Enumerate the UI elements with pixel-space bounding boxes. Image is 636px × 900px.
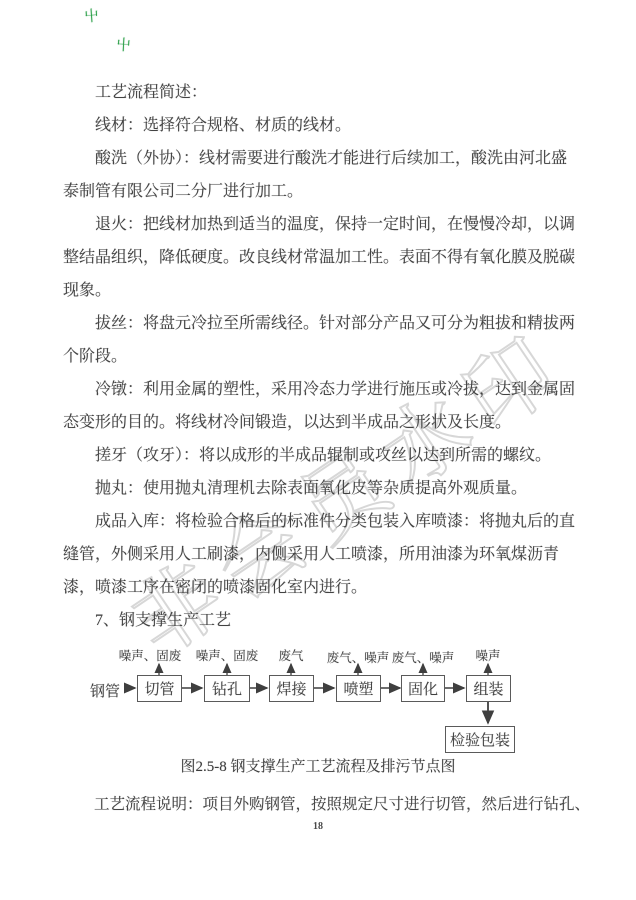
section-heading-steel-support: 7、钢支撑生产工艺 <box>63 604 575 637</box>
flow-step-drilling: 钻孔 <box>204 675 250 702</box>
paragraph-cold-heading: 冷镦：利用金属的塑性，采用冷态力学进行施压或冷拔，达到金属固态变形的目的。将线材… <box>63 373 575 439</box>
paragraph-annealing: 退火：把线材加热到适当的温度，保持一定时间，在慢慢冷却，以调整结晶组织，降低硬度… <box>63 208 575 307</box>
paragraph-shot-blasting: 抛丸：使用抛丸清理机去除表面氧化皮等杂质提高外观质量。 <box>63 472 575 505</box>
emission-label-wastegas-noise-1: 废气、噪声 <box>327 648 390 666</box>
body-text-block: 工艺流程简述： 线材：选择符合规格、材质的线材。 酸洗（外协）：线材需要进行酸洗… <box>63 76 575 637</box>
paragraph-wire-drawing: 拔丝：将盘元冷拉至所需线径。针对部分产品又可分为粗拔和精拔两个阶段。 <box>63 307 575 373</box>
document-page: 屮 屮 非会员水印 工艺流程简述： 线材：选择符合规格、材质的线材。 酸洗（外协… <box>0 0 636 900</box>
paragraph-process-overview-title: 工艺流程简述： <box>63 76 575 109</box>
flow-step-curing: 固化 <box>401 675 445 702</box>
page-number: 18 <box>0 821 636 832</box>
flow-step-assembly: 组装 <box>466 675 511 702</box>
emission-label-wastegas: 废气 <box>278 646 303 664</box>
paragraph-warehousing: 成品入库：将检验合格后的标准件分类包装入库喷漆：将抛丸后的直缝管，外侧采用人工刷… <box>63 505 575 604</box>
flow-input-label: 钢管 <box>90 680 120 701</box>
green-stamp-icon: 屮 <box>115 34 131 56</box>
flow-step-inspection-packaging: 检验包装 <box>445 726 515 753</box>
flow-step-cut-pipe: 切管 <box>137 675 182 702</box>
paragraph-wire-rod: 线材：选择符合规格、材质的线材。 <box>63 109 575 142</box>
emission-label-noise-solidwaste-1: 噪声、固废 <box>119 646 182 664</box>
paragraph-process-description: 工艺流程说明：项目外购钢管，按照规定尺寸进行切管，然后进行钻孔、 <box>63 792 623 818</box>
emission-label-wastegas-noise-2: 废气、噪声 <box>392 648 455 666</box>
paragraph-thread-rolling: 搓牙（攻牙）：将以成形的半成品辊制或攻丝以达到所需的螺纹。 <box>63 439 575 472</box>
emission-label-noise: 噪声 <box>475 646 500 664</box>
figure-caption: 图2.5-8 钢支撑生产工艺流程及排污节点图 <box>0 755 636 776</box>
paragraph-pickling: 酸洗（外协）：线材需要进行酸洗才能进行后续加工，酸洗由河北盛泰制管有限公司二分厂… <box>63 142 575 208</box>
flow-step-welding: 焊接 <box>269 675 314 702</box>
flow-step-powder-coating: 喷塑 <box>336 675 381 702</box>
emission-label-noise-solidwaste-2: 噪声、固废 <box>196 646 259 664</box>
green-stamp-icon: 屮 <box>83 5 99 27</box>
